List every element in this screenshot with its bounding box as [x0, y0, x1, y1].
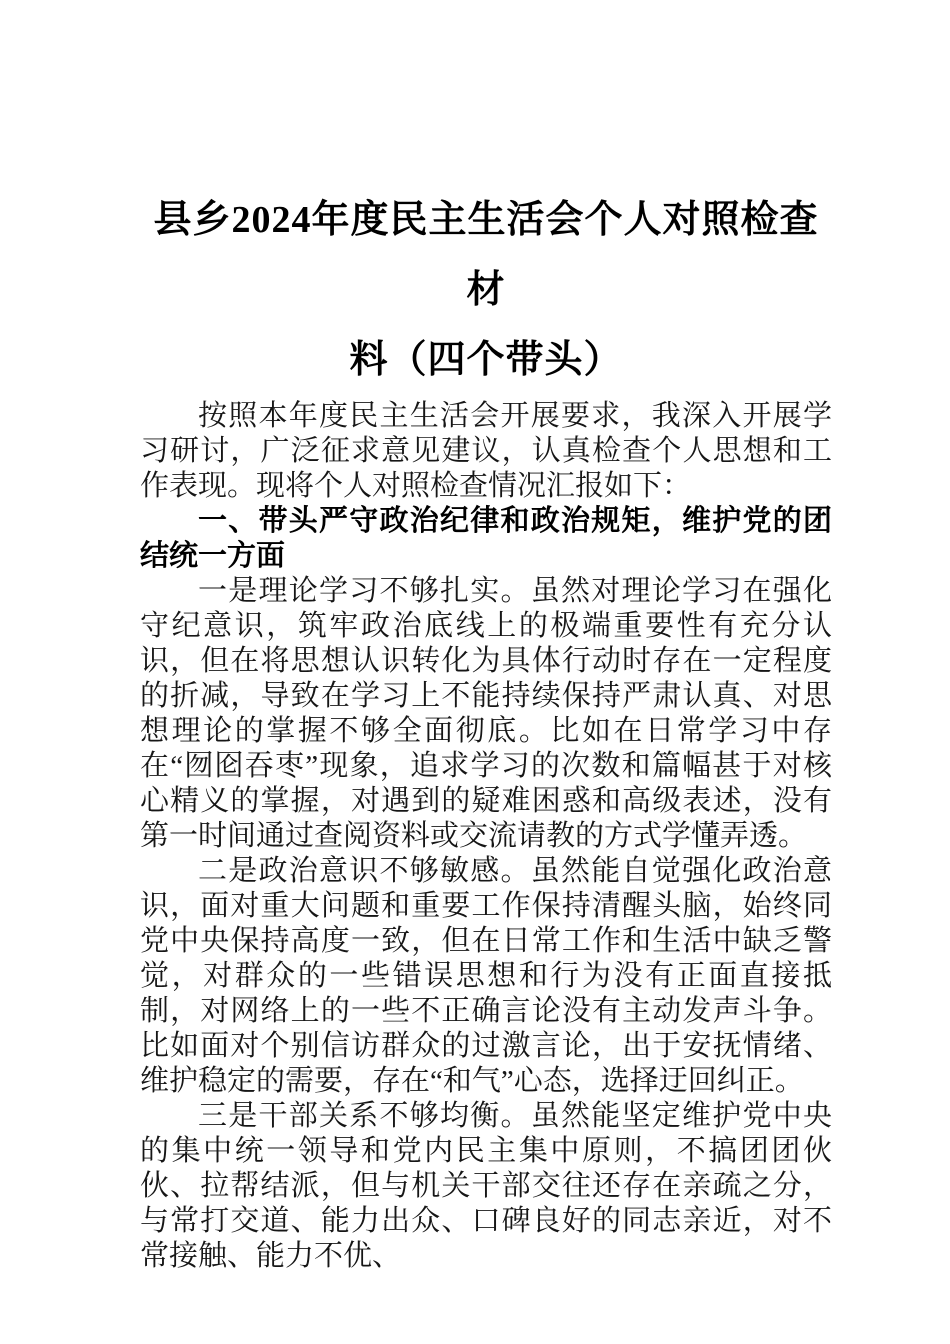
section-heading: 一、带头严守政治纪律和政治规矩，维护党的团结统一方面 — [140, 504, 832, 574]
body-paragraph: 按照本年度民主生活会开展要求，我深入开展学习研讨，广泛征求意见建议，认真检查个人… — [140, 399, 832, 504]
body-paragraph: 二是政治意识不够敏感。虽然能自觉强化政治意识，面对重大问题和重要工作保持清醒头脑… — [140, 854, 832, 1099]
document-page: 县乡2024年度民主生活会个人对照检查材 料（四个带头） 按照本年度民主生活会开… — [0, 0, 950, 1344]
document-title-line2: 料（四个带头） — [140, 325, 832, 395]
document-title-line1: 县乡2024年度民主生活会个人对照检查材 — [140, 185, 832, 325]
document-title: 县乡2024年度民主生活会个人对照检查材 料（四个带头） — [140, 185, 832, 395]
body-paragraph: 一是理论学习不够扎实。虽然对理论学习在强化守纪意识，筑牢政治底线上的极端重要性有… — [140, 574, 832, 854]
body-paragraph: 三是干部关系不够均衡。虽然能坚定维护党中央的集中统一领导和党内民主集中原则，不搞… — [140, 1099, 832, 1274]
document-body: 按照本年度民主生活会开展要求，我深入开展学习研讨，广泛征求意见建议，认真检查个人… — [140, 399, 832, 1274]
